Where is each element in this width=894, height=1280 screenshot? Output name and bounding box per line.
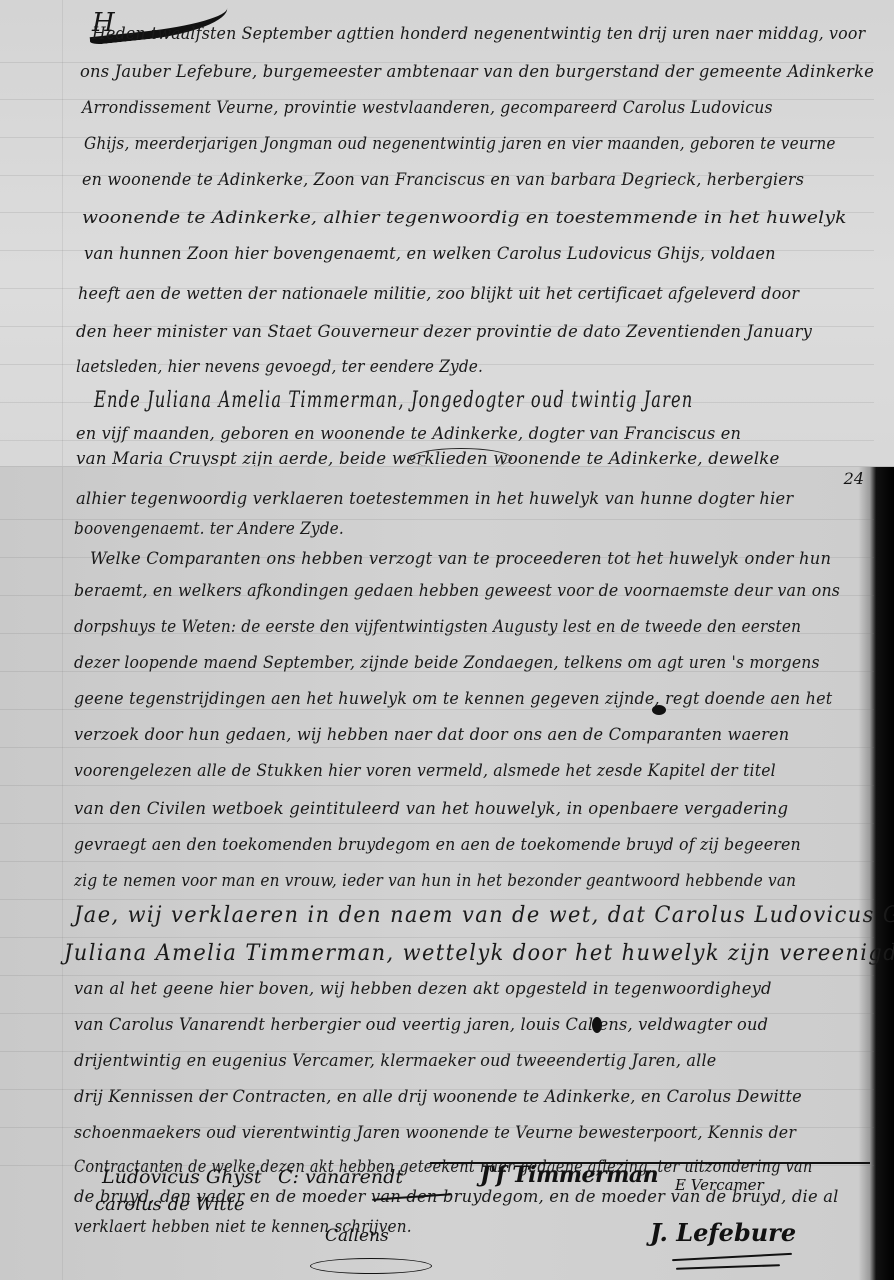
signature-callens: Callens	[325, 1226, 389, 1246]
text-line: schoenmaekers oud vierentwintig Jaren wo…	[74, 1123, 796, 1143]
text-line: boovengenaemt. ter Andere Zyde.	[74, 519, 344, 539]
signature-vanarendt: C: vanarendt	[278, 1166, 403, 1188]
text-line: beraemt, en welkers afkondingen gedaen h…	[74, 581, 840, 601]
ink-blot	[592, 1017, 602, 1033]
ruled-line	[0, 975, 874, 976]
signature-timmerman: J'f Timmerman	[480, 1162, 658, 1188]
text-line: van al het geene hier boven, wij hebben …	[74, 979, 772, 999]
register-page-top: H Heden twaalfsten September agttien hon…	[0, 0, 894, 466]
text-line: Heden twaalfsten September agttien honde…	[92, 24, 865, 44]
signature-mayor: J. Lefebure	[650, 1218, 796, 1247]
ruled-line	[0, 747, 874, 748]
text-line: laetsleden, hier nevens gevoegd, ter een…	[76, 357, 483, 377]
signature-flourish	[310, 1258, 432, 1274]
margin-line	[62, 0, 63, 466]
text-line: alhier tegenwoordig verklaeren toetestem…	[76, 489, 793, 509]
text-line: van hunnen Zoon hier bovengenaemt, en we…	[84, 244, 776, 264]
text-line: dorpshuys te Weten: de eerste den vijfen…	[74, 617, 801, 637]
text-line: drijentwintig en eugenius Vercamer, kler…	[74, 1051, 716, 1071]
text-line: zig te nemen voor man en vrouw, ieder va…	[74, 871, 796, 891]
text-line: Ende Juliana Amelia Timmerman, Jongedogt…	[94, 388, 693, 413]
signature-dewitte: carolus de Witte	[95, 1194, 245, 1215]
ruled-line	[0, 937, 874, 938]
margin-line	[62, 467, 63, 1280]
text-line: woonende te Adinkerke, alhier tegenwoord…	[82, 208, 847, 228]
text-line: heeft aen de wetten der nationaele milit…	[78, 284, 799, 304]
ink-blot	[652, 705, 666, 715]
text-line: gevraegt aen den toekomenden bruydegom e…	[74, 835, 801, 855]
ruled-line	[0, 899, 874, 900]
text-line: en vijf maanden, geboren en woonende te …	[76, 424, 741, 444]
text-line: van den Civilen wetboek geintituleerd va…	[74, 799, 788, 819]
ruled-line	[0, 785, 874, 786]
text-line: Welke Comparanten ons hebben verzogt van…	[90, 549, 831, 569]
ruled-line	[0, 861, 874, 862]
text-line: drij Kennissen der Contracten, en alle d…	[74, 1087, 802, 1107]
text-line: en woonende te Adinkerke, Zoon van Franc…	[82, 170, 804, 190]
text-line: ons Jauber Lefebure, burgemeester ambten…	[80, 62, 874, 82]
signature-groom: Ludovicus Ghyst	[102, 1166, 261, 1188]
ruled-line	[0, 823, 874, 824]
text-line: geene tegenstrijdingen aen het huwelyk o…	[74, 689, 832, 709]
text-line: voorengelezen alle de Stukken hier voren…	[74, 761, 776, 781]
text-line: Jae, wij verklaeren in den naem van de w…	[74, 903, 894, 928]
signature-vercamer: E Vercamer	[675, 1176, 764, 1194]
text-line: Juliana Amelia Timmerman, wettelyk door …	[64, 941, 894, 966]
ruled-line	[0, 709, 874, 710]
ruled-line	[0, 1013, 874, 1014]
text-line: Arrondissement Veurne, provintie westvla…	[82, 98, 773, 118]
register-page-bottom: 24 alhier tegenwoordig verklaeren toetes…	[0, 466, 894, 1280]
text-line: dezer loopende maend September, zijnde b…	[74, 653, 820, 673]
folio-number: 24	[844, 469, 864, 488]
text-line: Ghijs, meerderjarigen Jongman oud negene…	[84, 134, 836, 154]
text-line: den heer minister van Staet Gouverneur d…	[76, 322, 812, 342]
text-line: van Carolus Vanarendt herbergier oud vee…	[74, 1015, 768, 1035]
text-line: verzoek door hun gedaen, wij hebben naer…	[74, 725, 789, 745]
